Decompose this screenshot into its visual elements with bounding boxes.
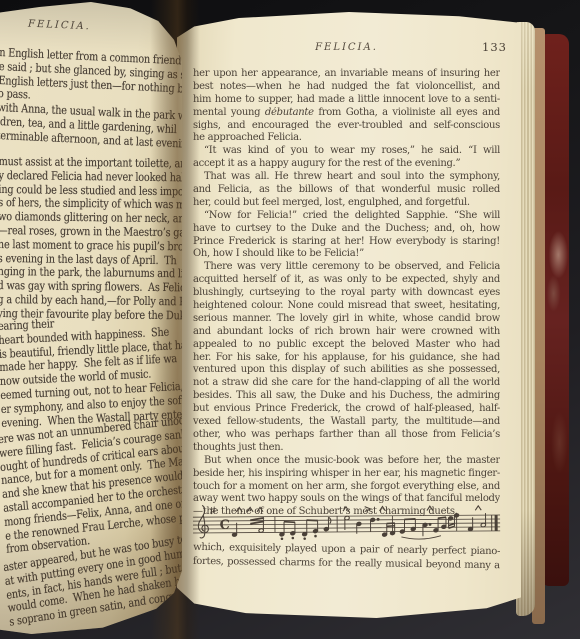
notes: [232, 513, 486, 540]
text-line: y declared Felicia had never looked hal: [0, 168, 209, 184]
left-page-body-text: n English letter from a common friend th…: [0, 46, 208, 630]
time-signature: C: [220, 518, 230, 533]
text-line: her. For his sake, for his applause, for…: [193, 352, 500, 365]
text-line: heightened colour. None could misread th…: [193, 300, 500, 313]
text-line: her, could but feel merged, lost, engulp…: [193, 197, 500, 210]
text-line: accept it as a happy augury for the rest…: [193, 158, 500, 171]
text-line: best notes—when he had nudged the fat vi…: [193, 81, 500, 94]
text-line: ldren, tea, and a little gardening, whil: [0, 115, 207, 138]
right-page: FELICIA. 133 her upon her appearance, an…: [177, 12, 521, 618]
left-text-segment: must assist at the important toilette, a…: [0, 155, 209, 323]
text-line: terminable afternoon, and at last evenin: [0, 129, 207, 152]
text-line: g a child by each hand,—for Polly and Pr…: [0, 293, 208, 309]
text-line: English letters just then—for nothing bu: [0, 74, 209, 97]
text-line: vexed fellow-students, the Wastall party…: [193, 416, 500, 429]
text-line: earing their: [0, 310, 206, 334]
text-line: would come. When he had shaken h: [7, 571, 208, 616]
left-running-header: FELICIA.: [28, 19, 91, 33]
right-page-after-music-text: which, exquisitely played upon a pair of…: [193, 541, 500, 572]
text-line: from observation.: [6, 521, 212, 556]
accent-marks: [236, 506, 481, 513]
left-text-segment: ere was not an unnumbered chair unoccupi…: [0, 411, 212, 556]
text-line: him home to supper, had made a little in…: [193, 94, 500, 107]
text-line: d was gay with spring flowers. As Felic: [0, 279, 208, 295]
text-line: s of hers, the simplicity of which was m: [0, 196, 208, 212]
text-line: and she knew that his presence would: [2, 466, 208, 501]
text-line: her upon her appearance, an invariable m…: [193, 68, 500, 81]
text-line: ents, in fact, his hands were full ; but: [6, 557, 207, 602]
book-photo: { "left_page": { "header": "FELICIA.", "…: [0, 0, 580, 639]
text-line: ought of hundreds of critical ears abou: [0, 439, 206, 474]
text-line: ventured upon this display of such abili…: [193, 364, 500, 377]
text-line: touch for a moment on her arm, she forgo…: [193, 481, 500, 494]
text-line: must assist at the important toilette, a…: [0, 155, 209, 171]
text-line: e the renowned Frau Lerche, whose po: [5, 508, 211, 543]
text-line: mong friends—Felix, Anna, and one or t: [4, 494, 210, 529]
text-line: acquitted herself of it, as was only to …: [193, 274, 500, 287]
text-line: not a straw did she care for the hand-cl…: [193, 377, 500, 390]
text-line: eemed turning out, not to hear Felicia, …: [0, 379, 209, 403]
text-line: he last moment to grace his pupil’s brow…: [0, 237, 208, 253]
text-line: s soprano in green satin, and congratu: [9, 584, 210, 629]
right-running-header: FELICIA.: [193, 42, 500, 53]
text-line: But when once the music-book was before …: [193, 455, 500, 468]
text-line: appealed to no public except the beloved…: [193, 339, 500, 352]
text-line: have to curtsey to the Duke and the Duch…: [193, 223, 500, 236]
text-line: wo diamonds glittering on her neck, an: [0, 210, 208, 226]
music-staff-svg: C: [191, 499, 507, 547]
text-line: other, who was perhaps farther than all …: [193, 429, 500, 442]
left-text-segment: earing theirheart bounded with happiness…: [0, 310, 210, 431]
text-line: Oh, how I should like to be Felicia!”: [193, 248, 500, 261]
text-line: aster appeared, but he was too busy to n…: [3, 530, 204, 575]
text-line: nging in the park, the laburnums and lil…: [0, 265, 208, 281]
text-line: s evening in the last days of April. Th: [0, 251, 208, 267]
text-line: nance, but for a moment only. The Ma: [1, 453, 207, 488]
left-page: FELICIA. n English letter from a common …: [0, 2, 182, 634]
text-line: astall accompanied her to the orchestr: [3, 480, 209, 515]
music-staff: C: [191, 499, 507, 547]
text-line: There was very little ceremony to be obs…: [193, 261, 500, 274]
text-line: ying their favourite play before the Duk: [0, 306, 207, 322]
left-text-segment: n English letter from a common friend th…: [0, 46, 209, 152]
text-line: heart bounded with happiness. She: [0, 324, 207, 348]
page-number: 133: [482, 40, 507, 54]
text-line: That was all. He threw heart and soul in…: [193, 171, 500, 184]
text-line: beside her, his inspiring whisper in her…: [193, 468, 500, 481]
text-line: er symphony, and also to enjoy the softn…: [1, 393, 210, 417]
text-line: is beautiful, friendly little place, tha…: [0, 337, 207, 361]
text-line: besides. This all saw, the Duke and his …: [193, 390, 500, 403]
text-line: he approached Felicia.: [193, 132, 500, 145]
text-line: ing could be less studied and less impos…: [0, 182, 208, 198]
text-line: sighs, and encouraged the ever-troubled …: [193, 120, 500, 133]
text-line: at with putting every one in good hum: [4, 543, 205, 588]
text-line: Prince Frederick is staring at her! How …: [193, 236, 500, 249]
text-line: and abundant locks of rich brown hair we…: [193, 326, 500, 339]
text-line: mental young débutante from Gotha, a vio…: [193, 107, 500, 120]
text-line: made her happy. She felt as if life wa: [0, 351, 208, 375]
text-line: ere was not an unnumbered chair unoccupi: [0, 411, 204, 446]
text-line: “It was kind of you to wear my roses,” h…: [193, 145, 500, 158]
book-cover-edge: [541, 34, 569, 586]
text-line: —real roses, grown in the Maestro’s gard…: [0, 224, 208, 240]
text-line: now outside the world of music.: [0, 365, 208, 389]
sharp-icon: [210, 507, 215, 515]
text-line: e said ; but she glanced by, singing as …: [0, 60, 209, 83]
text-line: evening. When the Wastall party ente: [1, 406, 210, 430]
text-line: but envious Prince Frederick, the crowd …: [193, 403, 500, 416]
text-line: blushingly, curtseying to the royal part…: [193, 287, 500, 300]
text-line: “Now for Felicia!” cried the delighted S…: [193, 210, 500, 223]
text-line: o pass.: [0, 87, 208, 110]
right-page-body-text: her upon her appearance, an invariable m…: [193, 68, 500, 519]
text-line: serious manner. The lovely girl in white…: [193, 313, 500, 326]
text-line: with Anna, the usual walk in the park wi…: [0, 101, 208, 124]
text-line: and Felicia, as the billows of that wond…: [193, 184, 500, 197]
text-line: were filling fast. Felicia’s courage san…: [0, 425, 205, 460]
text-line: thoughts just then.: [193, 442, 500, 455]
